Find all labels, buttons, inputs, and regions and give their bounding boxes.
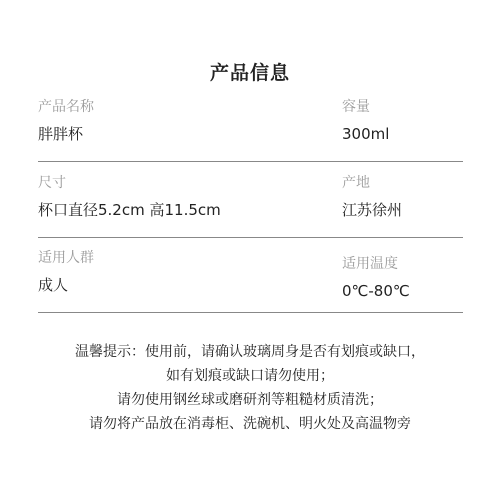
spec-label: 适用温度 xyxy=(342,255,410,273)
spec-row-name-capacity: 产品名称 胖胖杯 容量 300ml xyxy=(38,98,463,162)
spec-value: 0℃-80℃ xyxy=(342,281,410,301)
spec-label: 容量 xyxy=(342,98,389,116)
spec-row-size-origin: 尺寸 杯口直径5.2cm 高11.5cm 产地 江苏徐州 xyxy=(38,174,463,238)
notice-line: 请勿使用钢丝球或磨研剂等粗糙材质清洗； xyxy=(0,388,500,412)
spec-label: 产品名称 xyxy=(38,98,94,116)
page-title: 产品信息 xyxy=(0,58,500,85)
notice-line: 请勿将产品放在消毒柜、洗碗机、明火处及高温物旁 xyxy=(0,412,500,436)
spec-label: 尺寸 xyxy=(38,174,221,192)
spec-value: 300ml xyxy=(342,124,389,144)
spec-origin: 产地 江苏徐州 xyxy=(342,174,402,220)
row-divider xyxy=(38,161,463,162)
spec-size: 尺寸 杯口直径5.2cm 高11.5cm xyxy=(38,174,221,220)
notice-line: 如有划痕或缺口请勿使用； xyxy=(0,364,500,388)
spec-label: 产地 xyxy=(342,174,402,192)
row-divider xyxy=(38,237,463,238)
row-divider xyxy=(38,312,463,313)
spec-row-audience-temperature: 适用人群 成人 适用温度 0℃-80℃ xyxy=(38,249,463,313)
spec-value: 成人 xyxy=(38,275,94,295)
spec-audience: 适用人群 成人 xyxy=(38,249,94,295)
spec-temperature: 适用温度 0℃-80℃ xyxy=(342,255,410,301)
spec-capacity: 容量 300ml xyxy=(342,98,389,144)
care-notice: 温馨提示：使用前，请确认玻璃周身是否有划痕或缺口， 如有划痕或缺口请勿使用； 请… xyxy=(0,340,500,436)
notice-line: 温馨提示：使用前，请确认玻璃周身是否有划痕或缺口， xyxy=(0,340,500,364)
spec-product-name: 产品名称 胖胖杯 xyxy=(38,98,94,144)
spec-label: 适用人群 xyxy=(38,249,94,267)
spec-value: 胖胖杯 xyxy=(38,124,94,144)
spec-value: 杯口直径5.2cm 高11.5cm xyxy=(38,200,221,220)
spec-value: 江苏徐州 xyxy=(342,200,402,220)
